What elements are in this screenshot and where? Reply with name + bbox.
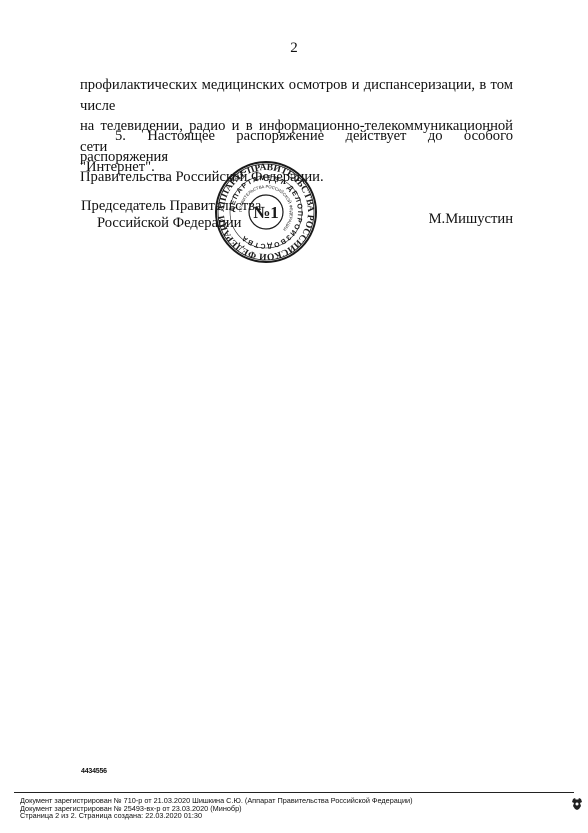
document-id-number: 4434556 (81, 768, 107, 775)
footer-divider (14, 792, 574, 793)
stamp-center-number: №1 (253, 203, 279, 222)
footer-line: Страница 2 из 2. Страница создана: 22.03… (20, 812, 413, 820)
paragraph-line: профилактических медицинских осмотров и … (80, 75, 513, 116)
signatory-name: М.Мишустин (429, 211, 513, 228)
official-seal-icon: АППАРАТ ПРАВИТЕЛЬСТВА РОССИЙСКОЙ ФЕДЕРАЦ… (214, 160, 318, 264)
registration-footer: Документ зарегистрирован № 710-р от 21.0… (20, 797, 413, 820)
page-number: 2 (0, 40, 588, 57)
coat-of-arms-icon (571, 797, 583, 811)
